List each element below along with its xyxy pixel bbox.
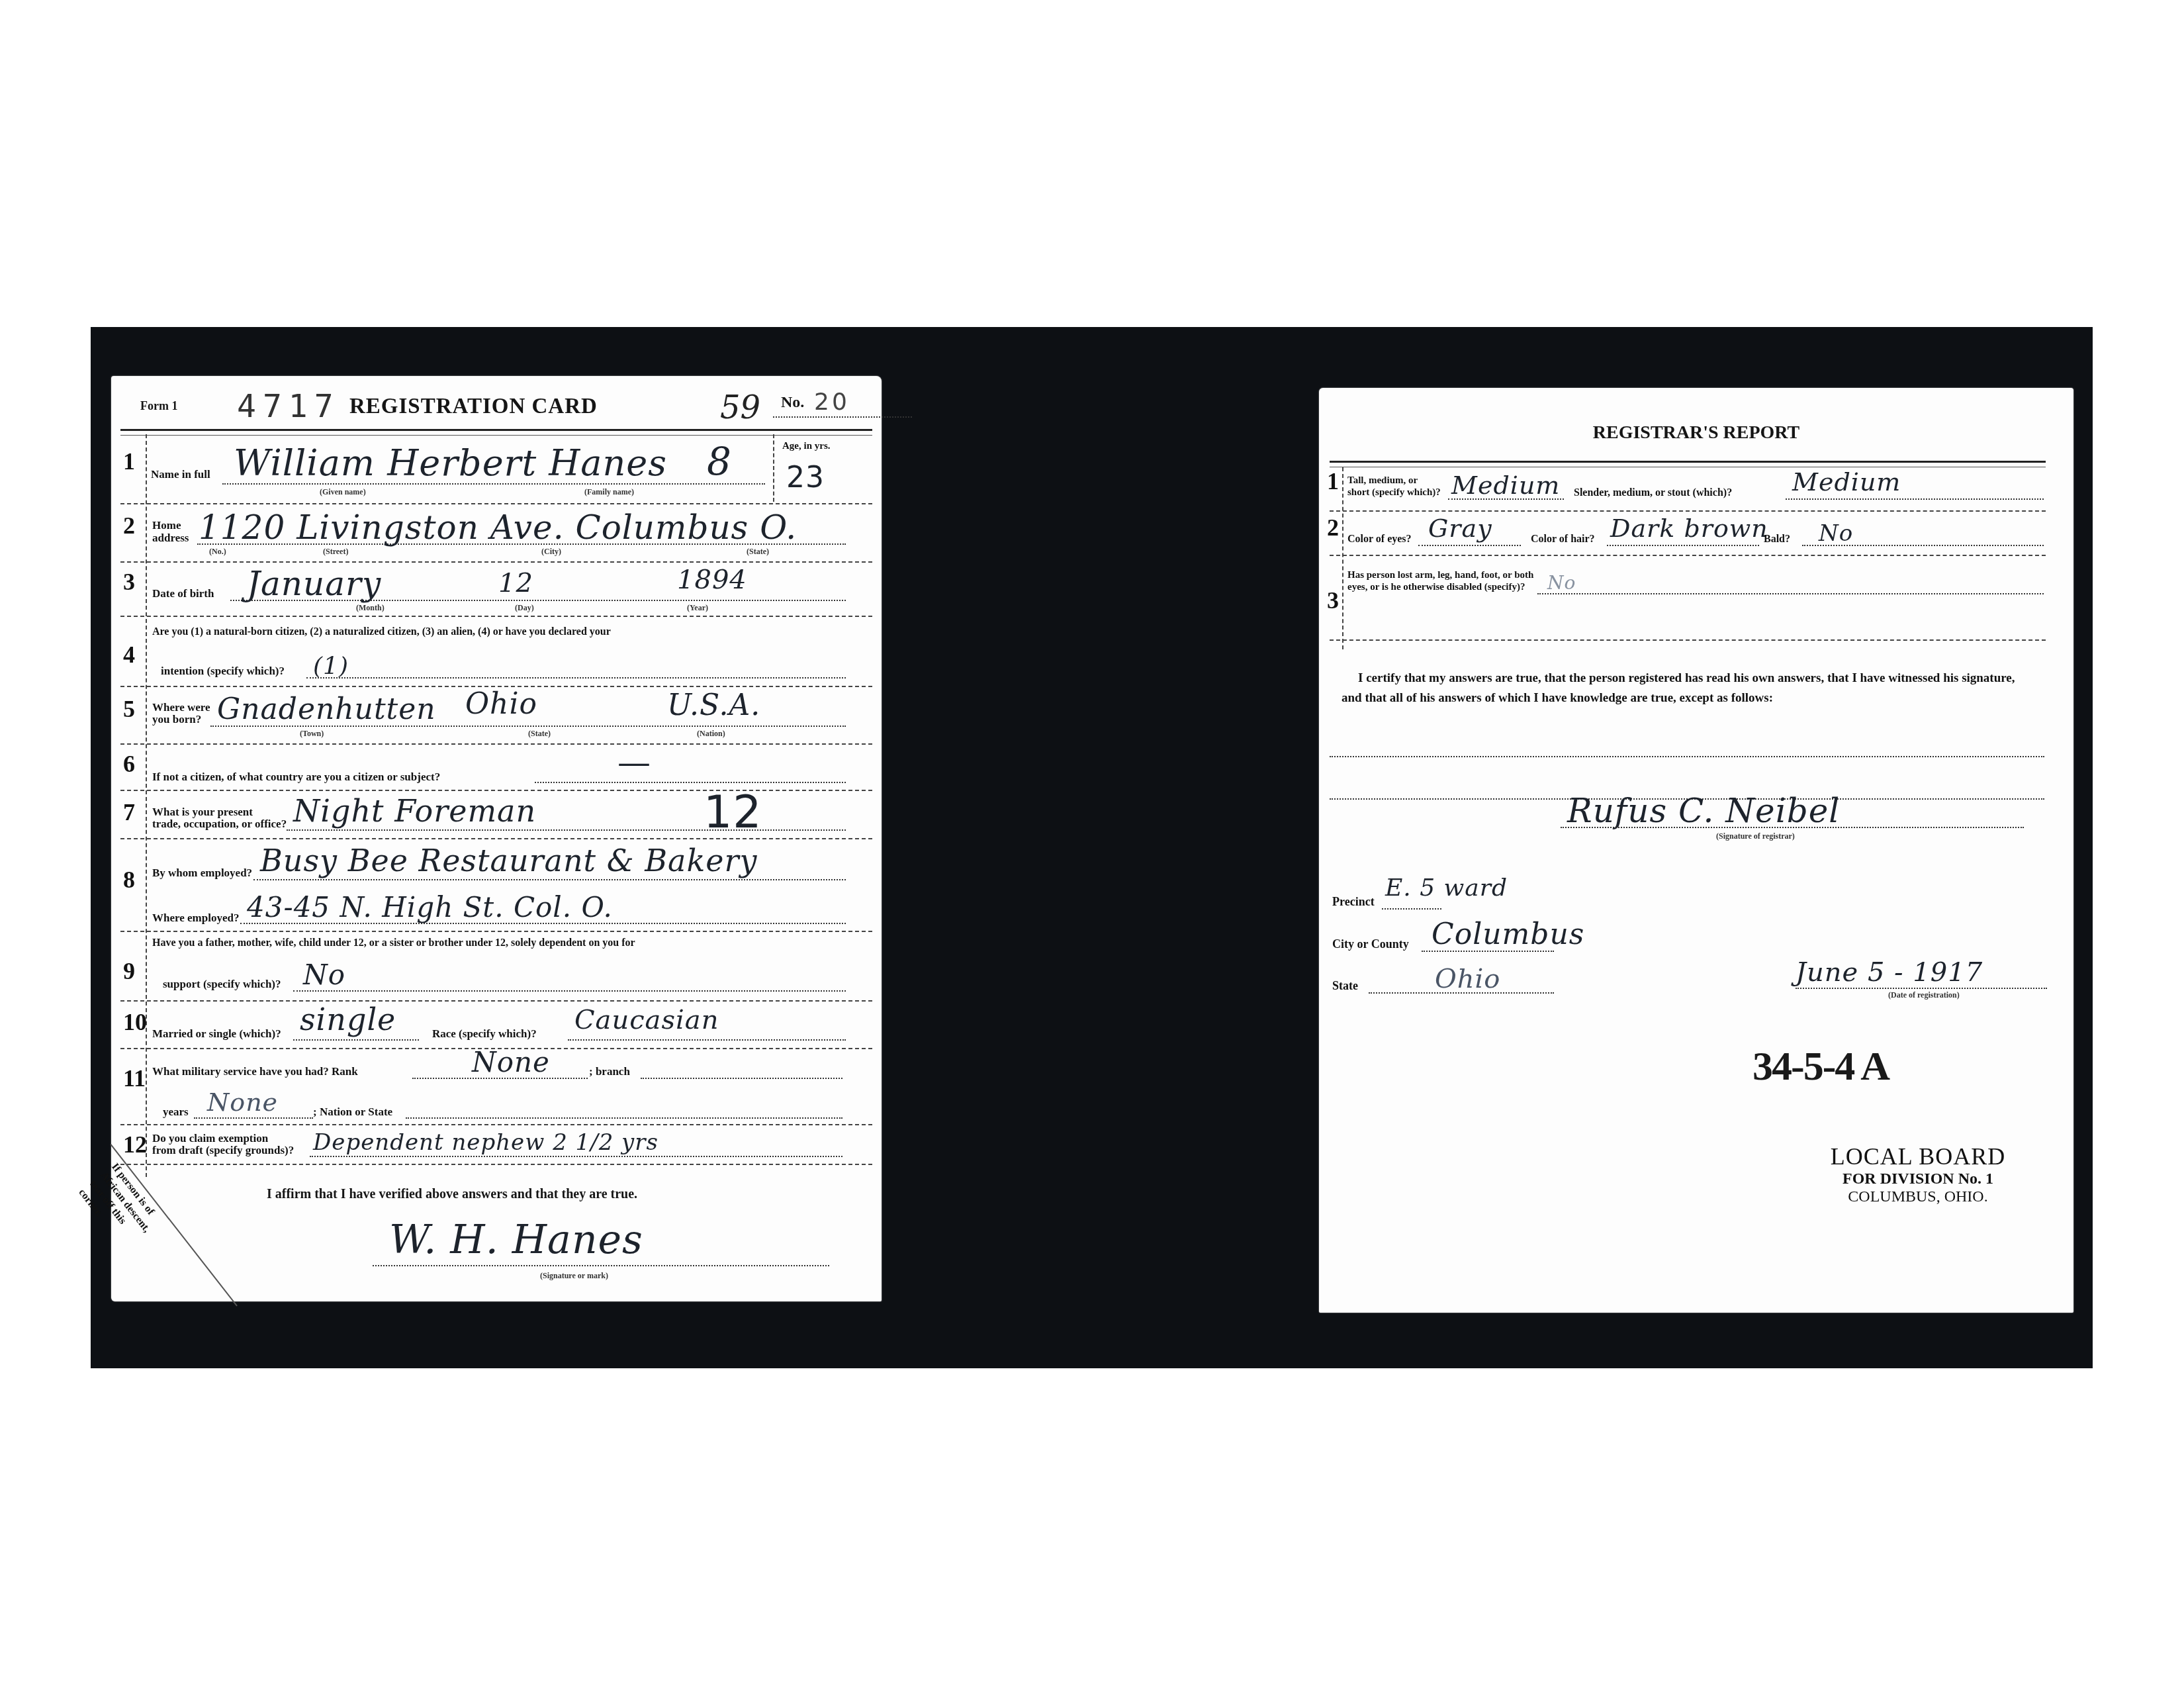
- board-division: FOR DIVISION No. 1: [1776, 1170, 2060, 1188]
- foreign-citizen-line: [535, 782, 846, 783]
- disability-label-2: eyes, or is he otherwise disabled (speci…: [1347, 582, 1525, 593]
- race-label: Race (specify which)?: [432, 1028, 537, 1039]
- height-value: Medium: [1451, 471, 1560, 500]
- row-divider: [120, 838, 872, 839]
- eye-color-label: Color of eyes?: [1347, 534, 1412, 545]
- dob-caption-day: (Day): [515, 603, 534, 613]
- precinct-line: [1382, 908, 1441, 910]
- registration-date-line: [1796, 988, 2047, 989]
- employer-value: Busy Bee Restaurant & Bakery: [260, 843, 758, 878]
- signature-line: [373, 1265, 829, 1266]
- marital-line: [293, 1039, 419, 1041]
- address-value: 1120 Livingston Ave. Columbus O.: [199, 508, 797, 547]
- card-number-label: No.: [781, 394, 804, 411]
- exception-line-1: [1330, 756, 2044, 757]
- dob-label: Date of birth: [152, 588, 214, 599]
- age-label: Age, in yrs.: [782, 441, 831, 452]
- hair-color-label: Color of hair?: [1531, 534, 1595, 545]
- header-rule: [1330, 461, 2046, 467]
- row-number: 2: [1327, 514, 1339, 541]
- citizenship-label: intention (specify which)?: [161, 665, 285, 677]
- row-divider: [1330, 510, 2046, 512]
- employer-label: By whom employed?: [152, 867, 252, 878]
- foreign-citizen-label: If not a citizen, of what country are yo…: [152, 771, 440, 782]
- city-label: City or County: [1332, 939, 1409, 950]
- citizenship-line: [306, 677, 846, 679]
- height-label-2: short (specify which)?: [1347, 487, 1441, 498]
- tear-off-corner-note: If person is of African descent, tear of…: [75, 1160, 165, 1252]
- form-label: Form 1: [140, 399, 177, 413]
- dependents-value: No: [303, 959, 345, 991]
- occupation-mark: 12: [704, 786, 762, 839]
- card-number-value: 20: [814, 389, 850, 416]
- home-label: Home: [152, 520, 181, 531]
- birth-caption-state: (State): [528, 729, 551, 739]
- row-divider: [1330, 555, 2046, 556]
- registrars-report-card: REGISTRAR'S REPORT 1 Tall, medium, or sh…: [1319, 388, 2073, 1313]
- row-divider: [120, 931, 872, 932]
- dependents-label: support (specify which)?: [163, 978, 281, 990]
- marital-label: Married or single (which)?: [152, 1028, 281, 1039]
- occupation-label-2: trade, occupation, or office?: [152, 818, 287, 829]
- birthplace-label-2: you born?: [152, 714, 201, 725]
- race-line: [568, 1039, 846, 1041]
- row-number: 11: [123, 1064, 146, 1092]
- header-rule: [120, 429, 872, 436]
- exemption-value: Dependent nephew 2 1/2 yrs: [313, 1129, 659, 1156]
- address-caption-street: (Street): [323, 547, 348, 557]
- report-title: REGISTRAR'S REPORT: [1319, 422, 2073, 444]
- height-label-1: Tall, medium, or: [1347, 475, 1418, 487]
- exemption-label-1: Do you claim exemption: [152, 1133, 268, 1144]
- number-column-divider: [1342, 467, 1343, 649]
- row-divider: [120, 1000, 872, 1002]
- occupation-label-1: What is your present: [152, 806, 253, 818]
- eye-color-value: Gray: [1428, 514, 1492, 543]
- row-divider: [1330, 639, 2046, 641]
- address-caption-city: (City): [541, 547, 561, 557]
- card-header: Form 1 4717 REGISTRATION CARD 59 No. 20: [111, 376, 882, 428]
- signature-caption: (Signature or mark): [540, 1271, 608, 1281]
- precinct-label: Precinct: [1332, 896, 1375, 908]
- registration-card-front: Form 1 4717 REGISTRATION CARD 59 No. 20 …: [111, 376, 882, 1301]
- row-divider: [120, 1124, 872, 1125]
- bald-value: No: [1819, 520, 1853, 547]
- city-value: Columbus: [1432, 917, 1584, 951]
- registrar-signature-caption: (Signature of registrar): [1716, 831, 1795, 841]
- eye-color-line: [1418, 545, 1521, 546]
- registrar-signature: Rufus C. Neibel: [1567, 792, 1840, 830]
- birthplace-label-1: Where were: [152, 702, 210, 713]
- row-divider: [120, 1164, 872, 1165]
- military-rank-value: None: [472, 1046, 550, 1078]
- affirmation-text: I affirm that I have verified above answ…: [267, 1187, 637, 1202]
- state-value: Ohio: [1435, 964, 1500, 994]
- row-number: 3: [123, 568, 135, 596]
- citizenship-question: Are you (1) a natural-born citizen, (2) …: [152, 626, 611, 637]
- local-board-stamp: LOCAL BOARD FOR DIVISION No. 1 COLUMBUS,…: [1776, 1143, 2060, 1206]
- board-city: COLUMBUS, OHIO.: [1776, 1188, 2060, 1206]
- dependents-question: Have you a father, mother, wife, child u…: [152, 937, 635, 949]
- military-years-value: None: [207, 1088, 278, 1117]
- card-title: REGISTRATION CARD: [349, 395, 598, 419]
- stamp-mark: 59: [720, 389, 760, 426]
- family-name-caption: (Family name): [584, 487, 634, 497]
- bald-label: Bald?: [1764, 534, 1790, 545]
- military-nation-label: ; Nation or State: [313, 1106, 392, 1117]
- card-number-field: No. 20: [773, 394, 912, 418]
- precinct-value: E. 5 ward: [1385, 874, 1508, 902]
- work-location-label: Where employed?: [152, 912, 239, 923]
- marital-value: single: [300, 1002, 396, 1037]
- row-divider: [120, 743, 872, 745]
- military-branch-line: [641, 1078, 842, 1079]
- name-extra-mark: 8: [707, 439, 732, 484]
- registrar-signature-line: [1561, 827, 2024, 828]
- foreign-citizen-value: —: [617, 743, 651, 782]
- hair-color-line: [1607, 545, 1759, 546]
- row-number: 5: [123, 695, 135, 723]
- name-label: Name in full: [151, 469, 210, 480]
- state-label: State: [1332, 980, 1358, 992]
- citizenship-value: (1): [313, 653, 349, 680]
- disability-label-1: Has person lost arm, leg, hand, foot, or…: [1347, 570, 1533, 581]
- registration-date-value: June 5 - 1917: [1796, 957, 1983, 988]
- dependents-line: [293, 990, 846, 992]
- address-caption-state: (State): [747, 547, 769, 557]
- certification-text: I certify that my answers are true, that…: [1342, 669, 2030, 708]
- row-number: 3: [1327, 586, 1339, 614]
- row-number: 12: [123, 1131, 147, 1158]
- race-value: Caucasian: [574, 1005, 719, 1035]
- dob-year: 1894: [677, 565, 747, 595]
- build-line: [1786, 498, 2044, 500]
- military-rank-label: What military service have you had? Rank: [152, 1066, 358, 1077]
- age-column-divider: [773, 434, 774, 502]
- row-number: 6: [123, 750, 135, 778]
- row-number: 4: [123, 641, 135, 669]
- hair-color-value: Dark brown: [1610, 514, 1768, 543]
- number-column-divider: [146, 434, 147, 1177]
- dob-caption-year: (Year): [687, 603, 708, 613]
- birth-state: Ohio: [465, 687, 537, 721]
- row-number: 9: [123, 957, 135, 985]
- row-divider: [120, 503, 872, 504]
- given-name-caption: (Given name): [320, 487, 366, 497]
- serial-number: 4717: [237, 388, 340, 425]
- work-location-value: 43-45 N. High St. Col. O.: [247, 891, 613, 923]
- military-nation-line: [406, 1117, 842, 1119]
- birth-nation: U.S.A.: [667, 688, 760, 722]
- exemption-label-2: from draft (specify grounds)?: [152, 1145, 294, 1156]
- registrant-signature: W. H. Hanes: [389, 1217, 643, 1263]
- row-number: 10: [123, 1008, 147, 1036]
- dob-caption-month: (Month): [356, 603, 385, 613]
- name-value: William Herbert Hanes: [234, 442, 667, 484]
- address-label: address: [152, 532, 189, 543]
- age-value: 23: [786, 461, 825, 494]
- address-caption-no: (No.): [209, 547, 226, 557]
- military-years-label: years: [163, 1106, 189, 1117]
- row-number: 2: [123, 512, 135, 539]
- dob-month: January: [247, 565, 381, 603]
- birth-caption-town: (Town): [300, 729, 324, 739]
- disability-value: No: [1547, 572, 1576, 594]
- board-title: LOCAL BOARD: [1776, 1143, 2060, 1170]
- build-value: Medium: [1792, 467, 1901, 496]
- build-label: Slender, medium, or stout (which)?: [1574, 487, 1732, 498]
- row-number: 8: [123, 866, 135, 894]
- exemption-line: [310, 1156, 842, 1157]
- military-branch-label: ; branch: [589, 1066, 630, 1077]
- military-years-line: [194, 1117, 313, 1119]
- occupation-value: Night Foreman: [293, 793, 536, 829]
- disability-line: [1537, 593, 2044, 594]
- employer-line: [253, 879, 846, 880]
- row-number: 7: [123, 798, 135, 826]
- registration-date-caption: (Date of registration): [1888, 990, 1960, 1000]
- row-number: 1: [123, 447, 135, 475]
- row-number: 1: [1327, 467, 1339, 495]
- board-stamp-number: 34-5-4 A: [1752, 1043, 1889, 1090]
- dob-day: 12: [498, 568, 533, 598]
- row-divider: [120, 616, 872, 617]
- birth-town: Gnadenhutten: [217, 692, 436, 726]
- birth-caption-nation: (Nation): [697, 729, 725, 739]
- row-divider: [120, 561, 872, 563]
